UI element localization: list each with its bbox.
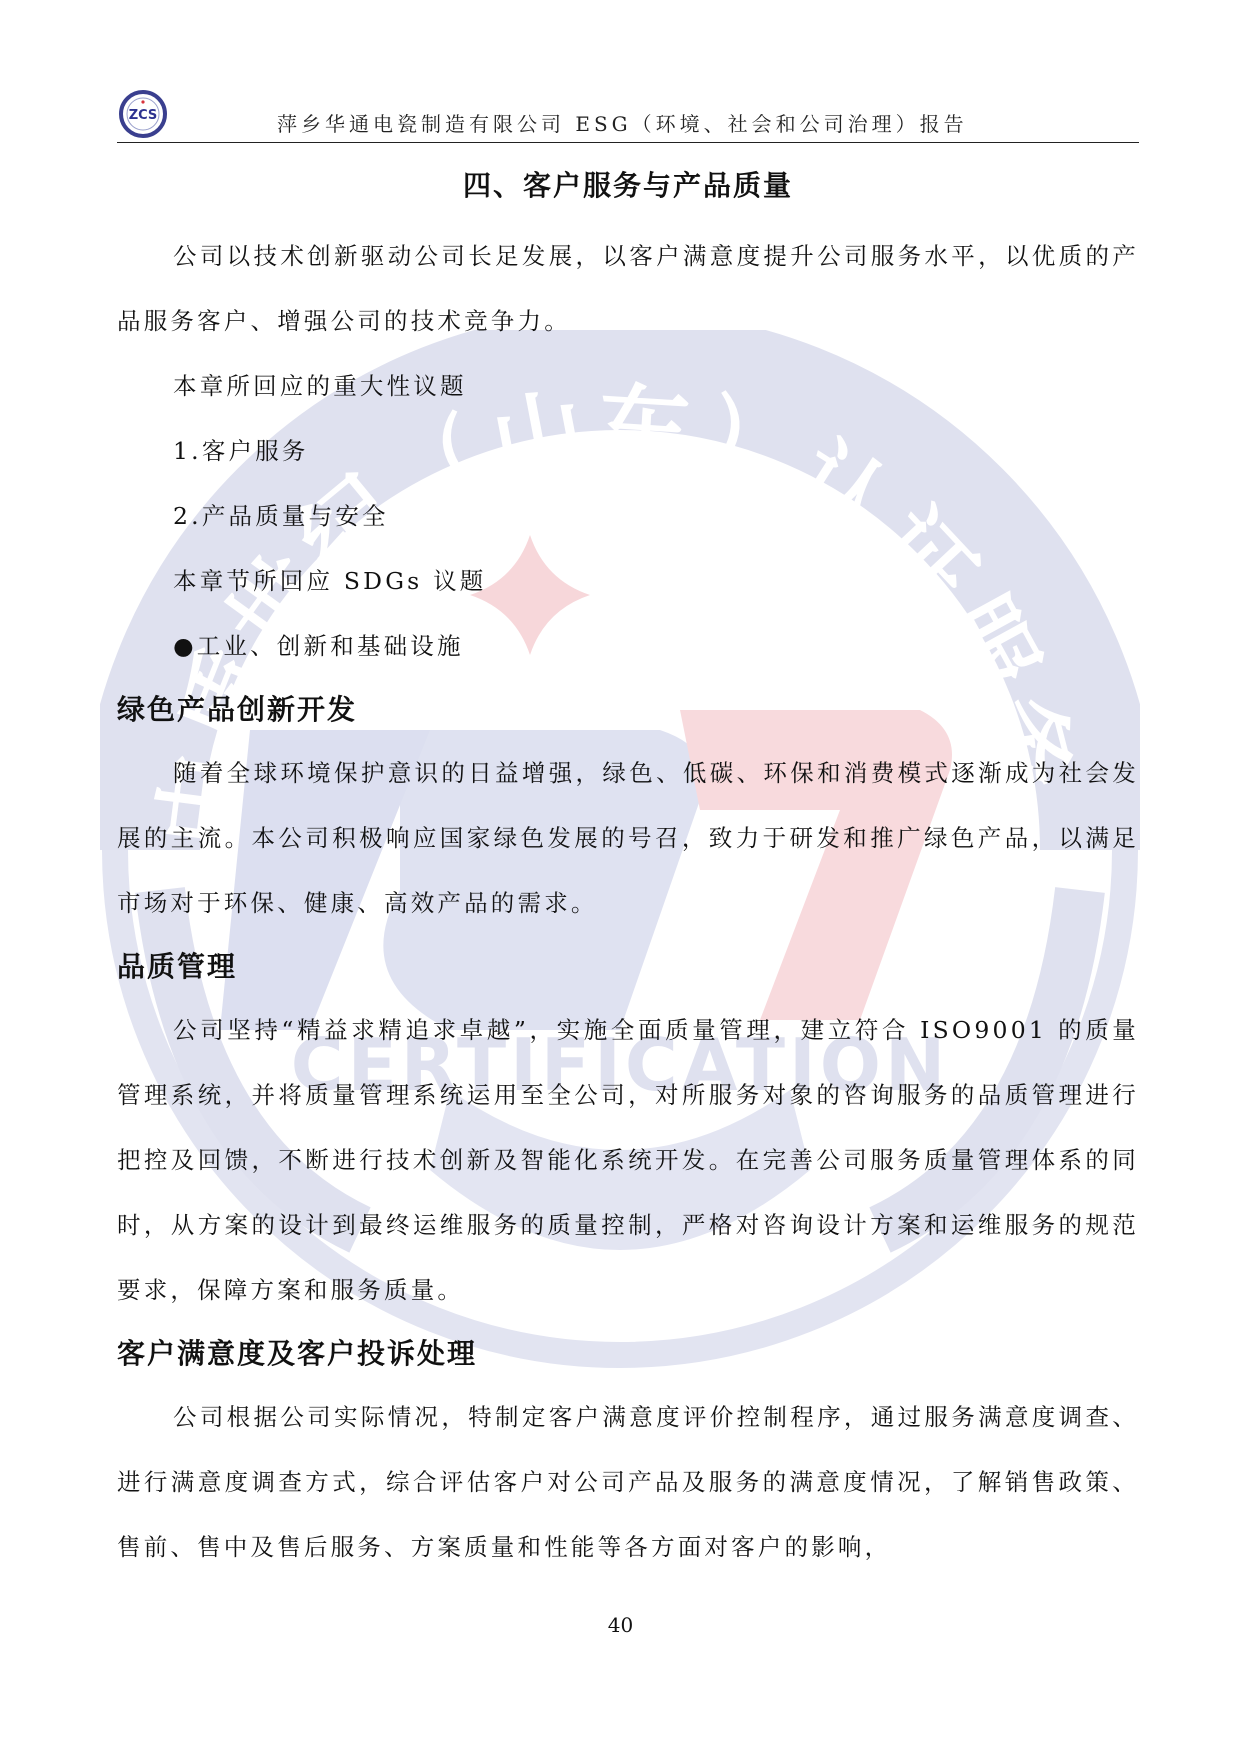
sdg-item: ●工业、创新和基础设施 (117, 614, 1139, 679)
svg-text:ZCS: ZCS (129, 108, 158, 123)
section-heading-customer-satisfaction: 客户满意度及客户投诉处理 (117, 1323, 1139, 1385)
material-issues-label: 本章所回应的重大性议题 (117, 354, 1139, 419)
sdg-label: 本章节所回应 SDGs 议题 (117, 549, 1139, 614)
chapter-title: 四、客户服务与产品质量 (117, 164, 1139, 204)
page-content: 四、客户服务与产品质量 公司以技术创新驱动公司长足发展，以客户满意度提升公司服务… (117, 150, 1139, 1580)
chapter-intro: 公司以技术创新驱动公司长足发展，以客户满意度提升公司服务水平，以优质的产品服务客… (117, 224, 1139, 354)
section-body-customer-satisfaction: 公司根据公司实际情况，特制定客户满意度评价控制程序，通过服务满意度调查、进行满意… (117, 1385, 1139, 1580)
company-logo-icon: ZCS (117, 90, 169, 138)
report-header-title: 萍乡华通电瓷制造有限公司 ESG（环境、社会和公司治理）报告 (277, 108, 968, 137)
page-number: 40 (0, 1613, 1241, 1637)
section-heading-green-product: 绿色产品创新开发 (117, 679, 1139, 741)
section-heading-quality-management: 品质管理 (117, 936, 1139, 998)
material-issue-item: 2.产品质量与安全 (117, 484, 1139, 549)
material-issue-item: 1.客户服务 (117, 419, 1139, 484)
section-body-green-product: 随着全球环境保护意识的日益增强，绿色、低碳、环保和消费模式逐渐成为社会发展的主流… (117, 741, 1139, 936)
page-header: ZCS 萍乡华通电瓷制造有限公司 ESG（环境、社会和公司治理）报告 (117, 88, 1139, 143)
section-body-quality-management: 公司坚持“精益求精追求卓越”，实施全面质量管理，建立符合 ISO9001 的质量… (117, 998, 1139, 1323)
